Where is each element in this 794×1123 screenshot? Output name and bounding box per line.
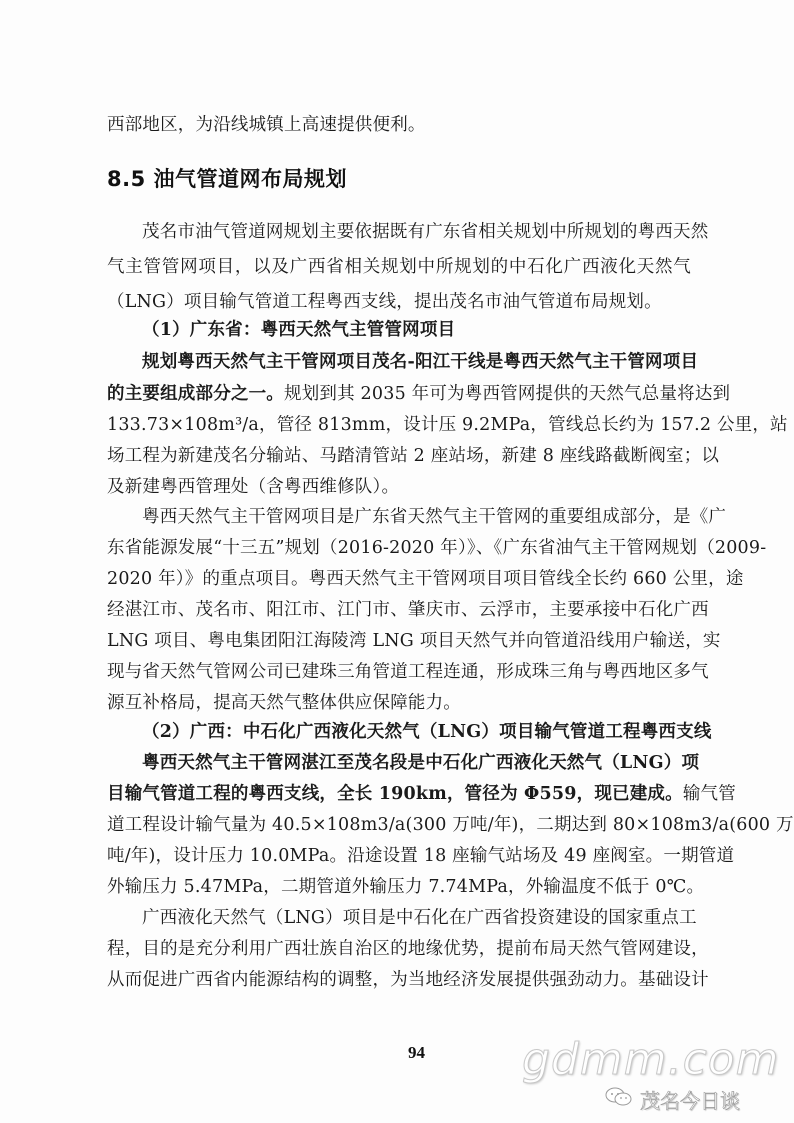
paragraph-line: 粤西天然气主干管网湛江至茂名段是中石化广西液化天然气（LNG）项 [142, 751, 691, 775]
bold-phrase: 目输气管道工程的粤西支线，全长 190km，管径为 Φ559，现已建成。 [107, 784, 683, 804]
paragraph-line: 经湛江市、茂名市、阳江市、江门市、肇庆市、云浮市，主要承接中石化广西 [107, 598, 691, 622]
paragraph-line: 从而促进广西省内能源结构的调整，为当地经济发展提供强劲动力。基础设计 [107, 968, 691, 992]
paragraph-line: 133.73×108m³/a，管径 813mm，设计压 9.2MPa，管线总长约… [107, 413, 691, 437]
paragraph-line: LNG 项目、粤电集团阳江海陵湾 LNG 项目天然气并向管道沿线用户输送，实 [107, 629, 691, 653]
paragraph-line: 粤西天然气主干管网项目是广东省天然气主干管网的重要组成部分，是《广 [142, 505, 691, 529]
document-page: 西部地区，为沿线城镇上高速提供便利。 8.5 油气管道网布局规划 茂名市油气管道… [0, 0, 794, 1123]
page-number: 94 [408, 1043, 425, 1063]
watermark-domain: gdmm.com [522, 1034, 780, 1085]
paragraph-line: 的主要组成部分之一。规划到其 2035 年可为粤西管网提供的天然气总量将达到 [107, 382, 691, 406]
paragraph-line: 道工程设计输气量为 40.5×108m3/a(300 万吨/年)，二期达到 80… [107, 813, 691, 837]
text-run: 输气管 [683, 784, 736, 804]
paragraph-line: 吨/年)，设计压力 10.0MPa。沿途设置 18 座输气站场及 49 座阀室。… [107, 844, 691, 868]
paragraph-line: 现与省天然气管网公司已建珠三角管道工程连通，形成珠三角与粤西地区多气 [107, 660, 691, 684]
paragraph-line: 源互补格局，提高天然气整体供应保障能力。 [107, 691, 691, 715]
bold-phrase: 的主要组成部分之一。 [107, 384, 284, 404]
paragraph-line: 场工程为新建茂名分输站、马踏清管站 2 座站场，新建 8 座线路截断阀室；以 [107, 444, 691, 468]
watermark-brand: 茂名今日谈 [640, 1085, 740, 1114]
paragraph-line: 外输压力 5.47MPa，二期管道外输压力 7.74MPa，外输温度不低于 0℃… [107, 875, 691, 899]
wechat-icon [604, 1085, 634, 1109]
section-heading: 8.5 油气管道网布局规划 [107, 163, 347, 193]
paragraph-line: 西部地区，为沿线城镇上高速提供便利。 [107, 113, 691, 137]
subheading-guangdong: （1）广东省：粤西天然气主管管网项目 [142, 318, 691, 342]
paragraph-line: 规划粤西天然气主干管网项目茂名-阳江干线是粤西天然气主干管网项目 [142, 350, 691, 374]
subheading-guangxi: （2）广西：中石化广西液化天然气（LNG）项目输气管道工程粤西支线 [142, 720, 691, 744]
paragraph-line: 及新建粤西管理处（含粤西维修队）。 [107, 475, 691, 499]
paragraph-line: 广西液化天然气（LNG）项目是中石化在广西省投资建设的国家重点工 [142, 906, 691, 930]
paragraph-line: （LNG）项目输气管道工程粤西支线，提出茂名市油气管道布局规划。 [107, 290, 691, 314]
paragraph-line: 茂名市油气管道网规划主要依据既有广东省相关规划中所规划的粤西天然 [142, 220, 691, 244]
paragraph-line: 2020 年）》的重点项目。粤西天然气主干管网项目项目管线全长约 660 公里，… [107, 567, 691, 591]
paragraph-line: 程，目的是充分利用广西壮族自治区的地缘优势，提前布局天然气管网建设， [107, 937, 691, 961]
paragraph-line: 气主管管网项目，以及广西省相关规划中所规划的中石化广西液化天然气 [107, 255, 691, 279]
paragraph-line: 目输气管道工程的粤西支线，全长 190km，管径为 Φ559，现已建成。输气管 [107, 782, 691, 806]
text-run: 规划到其 2035 年可为粤西管网提供的天然气总量将达到 [284, 384, 730, 404]
paragraph-line: 东省能源发展“十三五”规划（2016-2020 年）》、《广东省油气主干管网规划… [107, 536, 691, 560]
